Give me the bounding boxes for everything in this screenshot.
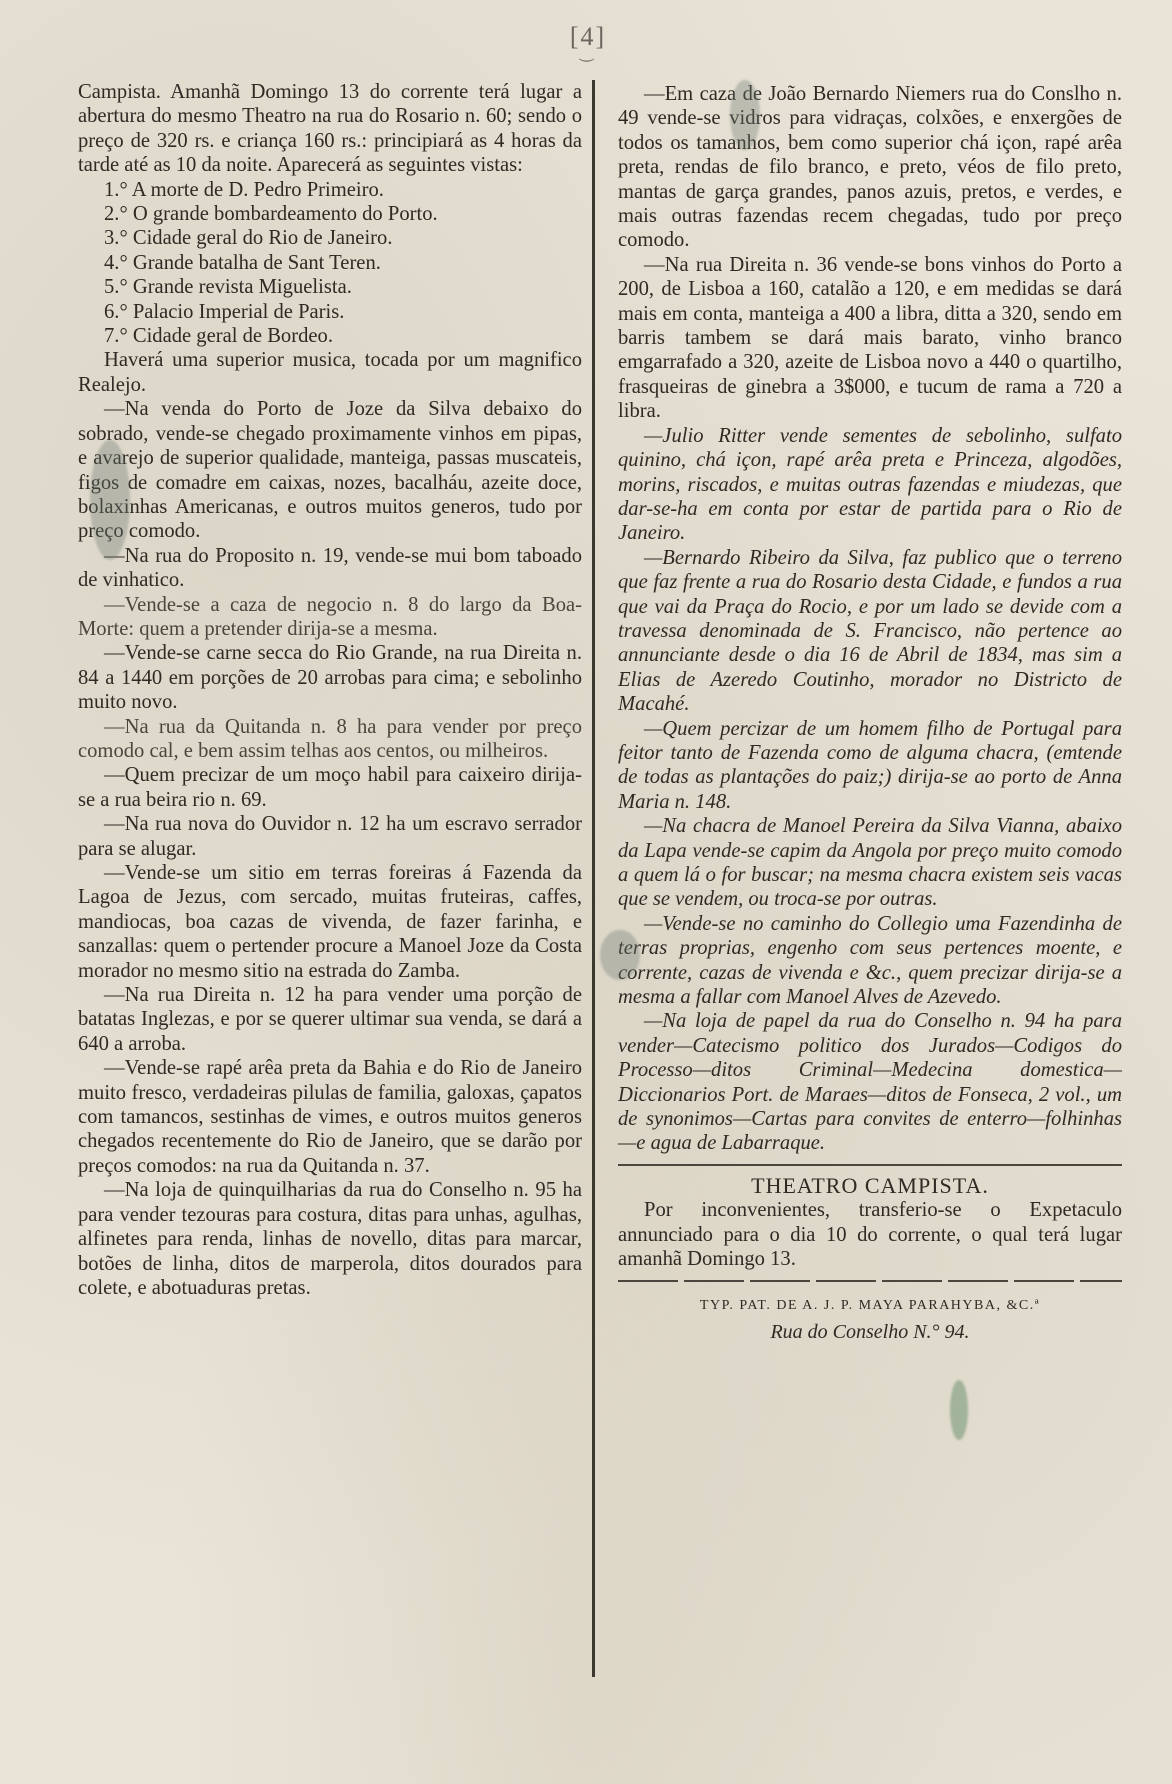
advertisement: —Vende-se um sitio em terras foreiras á … — [78, 861, 582, 983]
advertisement: —Na rua da Quitanda n. 8 ha para vender … — [78, 715, 582, 764]
notice-body: Por inconvenientes, transferio-se o Expe… — [618, 1198, 1122, 1271]
advertisement-italic: —Bernardo Ribeiro da Silva, faz publico … — [618, 546, 1122, 717]
notice-title: THEATRO CAMPISTA. — [618, 1174, 1122, 1198]
advertisement: —Na rua Direita n. 36 vende-se bons vinh… — [618, 253, 1122, 424]
music-note: Haverá uma superior musica, tocada por u… — [78, 348, 582, 397]
advertisement: —Na venda do Porto de Joze da Silva deba… — [78, 397, 582, 543]
advertisement: —Vende-se rapé arêa preta da Bahia e do … — [78, 1056, 582, 1178]
advertisement: —Na rua do Proposito n. 19, vende-se mui… — [78, 544, 582, 593]
vista-item: 3.° Cidade geral do Rio de Janeiro. — [78, 226, 582, 250]
advertisement: —Na rua nova do Ouvidor n. 12 ha um escr… — [78, 812, 582, 861]
stain-mark — [950, 1380, 968, 1440]
stain-mark — [600, 930, 640, 980]
vista-item: 5.° Grande revista Miguelista. — [78, 275, 582, 299]
advertisement: —Quem precizar de um moço habil para cai… — [78, 763, 582, 812]
advertisement-italic: —Quem percizar de um homem filho de Port… — [618, 717, 1122, 815]
advertisement: —Vende-se carne secca do Rio Grande, na … — [78, 641, 582, 714]
advertisement-italic: —Na loja de papel da rua do Conselho n. … — [618, 1009, 1122, 1155]
section-divider — [618, 1280, 1122, 1282]
advertisement-italic: —Na chacra de Manoel Pereira da Silva Vi… — [618, 814, 1122, 912]
advertisement-italic: —Julio Ritter vende sementes de sebolinh… — [618, 424, 1122, 546]
page-number: [4] ⏝ — [562, 22, 614, 56]
printer-address: Rua do Conselho N.° 94. — [618, 1320, 1122, 1344]
theatre-announcement: Campista. Amanhã Domingo 13 do corrente … — [78, 80, 582, 178]
advertisement: —Em caza de João Bernardo Niemers rua do… — [618, 82, 1122, 253]
advertisement: —Vende-se a caza de negocio n. 8 do larg… — [78, 593, 582, 642]
vista-item: 2.° O grande bombardeamento do Porto. — [78, 202, 582, 226]
vista-item: 4.° Grande batalha de Sant Teren. — [78, 251, 582, 275]
right-column: —Em caza de João Bernardo Niemers rua do… — [618, 82, 1122, 1344]
vista-item: 6.° Palacio Imperial de Paris. — [78, 300, 582, 324]
newspaper-page: [4] ⏝ Campista. Amanhã Domingo 13 do cor… — [0, 0, 1172, 1784]
advertisement: —Na rua Direita n. 12 ha para vender uma… — [78, 983, 582, 1056]
advertisement-italic: —Vende-se no caminho do Collegio uma Faz… — [618, 912, 1122, 1010]
vista-item: 7.° Cidade geral de Bordeo. — [78, 324, 582, 348]
advertisement: —Na loja de quinquilharias da rua do Con… — [78, 1178, 582, 1300]
stain-mark — [90, 440, 130, 560]
vista-item: 1.° A morte de D. Pedro Primeiro. — [78, 178, 582, 202]
left-column: Campista. Amanhã Domingo 13 do corrente … — [78, 80, 582, 1300]
printer-imprint: TYP. PAT. DE A. J. P. MAYA PARAHYBA, &C.… — [618, 1294, 1122, 1318]
column-divider — [592, 80, 595, 1677]
stain-mark — [730, 80, 760, 150]
section-divider — [618, 1164, 1122, 1166]
